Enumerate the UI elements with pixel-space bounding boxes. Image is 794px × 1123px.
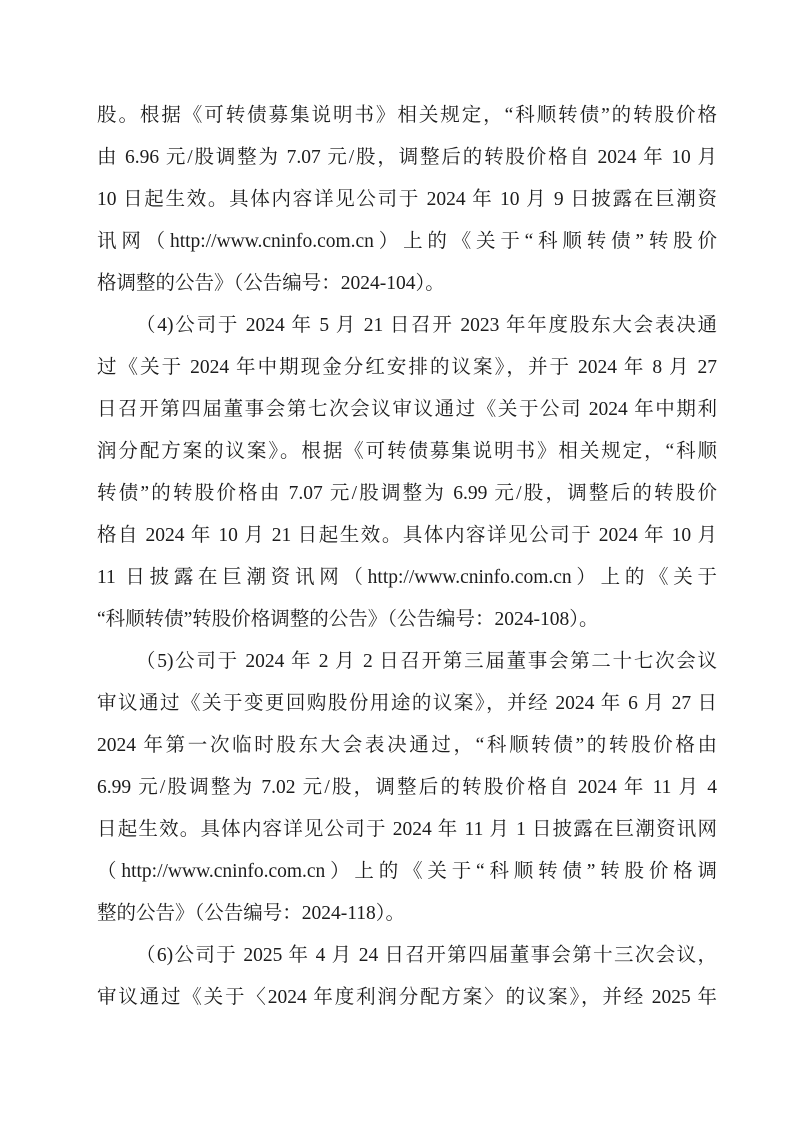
text-line: 讯网（http://www.cninfo.com.cn）上的《关于“科顺转债”转… [97,221,717,263]
text-line: 整的公告》（公告编号：2024-118）。 [97,893,717,935]
text-block: 股。根据《可转债募集说明书》相关规定，“科顺转债”的转股价格由 6.96 元/股… [97,95,717,1019]
text-line: 审议通过《关于〈2024 年度利润分配方案〉的议案》，并经 2025 年 [97,977,717,1019]
text-line: 转债”的转股价格由 7.07 元/股调整为 6.99 元/股，调整后的转股价 [97,473,717,515]
text-line: 6.99 元/股调整为 7.02 元/股，调整后的转股价格自 2024 年 11… [97,767,717,809]
text-line: 由 6.96 元/股调整为 7.07 元/股，调整后的转股价格自 2024 年 … [97,137,717,179]
para-4: （4)公司于 2024 年 5 月 21 日召开 2023 年年度股东大会表决通… [97,305,717,641]
para-6: （6)公司于 2025 年 4 月 24 日召开第四届董事会第十三次会议，审议通… [97,935,717,1019]
text-line: （http://www.cninfo.com.cn）上的《关于“科顺转债”转股价… [97,851,717,893]
para-3-continuation: 股。根据《可转债募集说明书》相关规定，“科顺转债”的转股价格由 6.96 元/股… [97,95,717,305]
text-line: 过《关于 2024 年中期现金分红安排的议案》，并于 2024 年 8 月 27 [97,347,717,389]
text-line: 股。根据《可转债募集说明书》相关规定，“科顺转债”的转股价格 [97,95,717,137]
text-line: 审议通过《关于变更回购股份用途的议案》，并经 2024 年 6 月 27 日 [97,683,717,725]
document-page: 股。根据《可转债募集说明书》相关规定，“科顺转债”的转股价格由 6.96 元/股… [0,0,794,1123]
text-line: 格调整的公告》（公告编号：2024-104）。 [97,263,717,305]
text-line: 日起生效。具体内容详见公司于 2024 年 11 月 1 日披露在巨潮资讯网 [97,809,717,851]
text-line: （6)公司于 2025 年 4 月 24 日召开第四届董事会第十三次会议， [97,935,717,977]
text-line: 格自 2024 年 10 月 21 日起生效。具体内容详见公司于 2024 年 … [97,515,717,557]
text-line: 10 日起生效。具体内容详见公司于 2024 年 10 月 9 日披露在巨潮资 [97,179,717,221]
text-line: 2024 年第一次临时股东大会表决通过，“科顺转债”的转股价格由 [97,725,717,767]
text-line: 11 日披露在巨潮资讯网（http://www.cninfo.com.cn）上的… [97,557,717,599]
text-line: 日召开第四届董事会第七次会议审议通过《关于公司 2024 年中期利 [97,389,717,431]
text-line: （5)公司于 2024 年 2 月 2 日召开第三届董事会第二十七次会议 [97,641,717,683]
para-5: （5)公司于 2024 年 2 月 2 日召开第三届董事会第二十七次会议审议通过… [97,641,717,935]
text-line: 润分配方案的议案》。根据《可转债募集说明书》相关规定，“科顺 [97,431,717,473]
text-line: （4)公司于 2024 年 5 月 21 日召开 2023 年年度股东大会表决通 [97,305,717,347]
text-line: “科顺转债”转股价格调整的公告》（公告编号：2024-108）。 [97,599,717,641]
